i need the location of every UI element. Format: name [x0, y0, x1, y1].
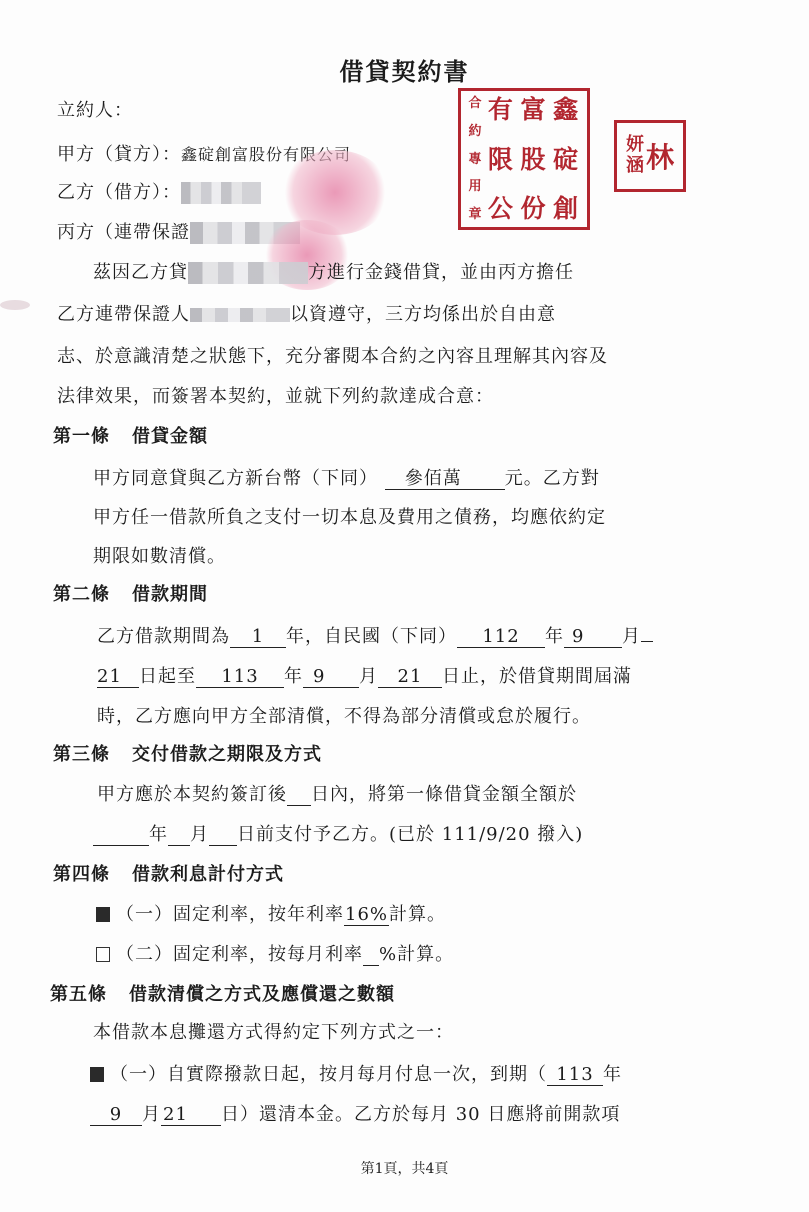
- seal-col-1: 鑫碇創: [550, 97, 581, 221]
- article-1-line-2: 甲方任一借款所負之支付一切本息及費用之債務，均應依約定: [93, 503, 606, 529]
- redacted-text: [188, 262, 308, 284]
- article-3-line-2: 年 月 日前支付予乙方。(已於 111/9/20 撥入): [93, 820, 583, 846]
- interest-option-2: （二）固定利率，按每月利率 %計算。: [96, 940, 454, 966]
- parties-label: 立約人：: [57, 96, 133, 122]
- seal-given-1: 妍: [626, 135, 644, 156]
- end-year: 113: [196, 667, 284, 688]
- article-1-heading: 第一條借貸金額: [53, 422, 208, 448]
- guarantor-line: 丙方（連帶保證: [57, 218, 300, 244]
- seal-given-2: 涵: [626, 156, 644, 177]
- maturity-year: 113: [547, 1065, 603, 1086]
- article-2-heading: 第二條借款期間: [53, 580, 208, 606]
- article-3-line-1: 甲方應於本契約簽訂後 日內，將第一條借貸金額全額於: [97, 780, 577, 806]
- seal-col-2: 富股份: [518, 97, 549, 221]
- article-3-heading: 第三條交付借款之期限及方式: [53, 740, 322, 766]
- start-day: 21: [97, 667, 139, 688]
- article-2-line-2: 21日起至113年9月21日止，於借貸期間屆滿: [97, 662, 632, 688]
- redacted-text: [190, 308, 290, 322]
- checkbox-checked[interactable]: [96, 907, 110, 922]
- checkbox-unchecked[interactable]: [96, 947, 110, 962]
- repayment-option-1-line-2: 9月21日）還清本金。乙方於每月 30 日應將前開款項: [90, 1100, 620, 1126]
- end-month: 9: [303, 667, 359, 688]
- intro-line-4: 法律效果，而簽署本契約，並就下列約款達成合意：: [57, 382, 494, 408]
- end-day: 21: [378, 667, 442, 688]
- checkbox-checked[interactable]: [90, 1067, 104, 1082]
- article-4-heading: 第四條借款利息計付方式: [53, 860, 284, 886]
- article-2-line-1: 乙方借款期間為1年，自民國（下同）112年9月: [97, 622, 653, 648]
- article-2-line-3: 時，乙方應向甲方全部清償，不得為部分清償或怠於履行。: [97, 702, 591, 728]
- seal-col-3: 有限公: [485, 97, 516, 221]
- redacted-borrower-name: [181, 182, 261, 204]
- scan-smudge: [0, 300, 30, 310]
- repayment-option-1-line-1: （一）自實際撥款日起，按月每月付息一次，到期（113年: [90, 1060, 622, 1086]
- guarantor-label: 丙方（連帶保證: [57, 222, 190, 243]
- personal-seal: 林 妍 涵: [614, 120, 686, 192]
- article-5-intro: 本借款本息攤還方式得約定下列方式之一：: [93, 1018, 454, 1044]
- article-1-line-1: 甲方同意貸與乙方新台幣（下同） 參佰萬元。乙方對: [93, 464, 600, 490]
- interest-option-1: （一）固定利率，按年利率16%計算。: [96, 900, 446, 926]
- company-seal: 鑫碇創 富股份 有限公 合約專用章: [458, 88, 590, 230]
- loan-amount: 參佰萬: [385, 469, 505, 490]
- contract-page: 借貸契約書 立約人： 甲方（貸方）：鑫碇創富股份有限公司 乙方（借方）： 丙方（…: [0, 0, 809, 1212]
- maturity-day: 21: [161, 1105, 221, 1126]
- borrower-line: 乙方（借方）：: [57, 178, 261, 204]
- start-year: 112: [457, 627, 545, 648]
- start-month: 9: [564, 627, 622, 648]
- annual-rate: 16%: [344, 905, 389, 926]
- borrower-label: 乙方（借方）：: [57, 182, 181, 203]
- maturity-month: 9: [90, 1105, 142, 1126]
- seal-surname: 林: [646, 136, 674, 176]
- term-years: 1: [230, 627, 286, 648]
- intro-line-1: 茲因乙方貸方進行金錢借貸，並由丙方擔任: [93, 258, 574, 284]
- intro-line-2: 乙方連帶保證人以資遵守，三方均係出於自由意: [57, 300, 556, 326]
- article-1-line-3: 期限如數清償。: [93, 542, 226, 568]
- article-5-heading: 第五條借款清償之方式及應償還之數額: [50, 980, 395, 1006]
- page-number: 第1頁，共4頁: [0, 1158, 809, 1178]
- document-title: 借貸契約書: [0, 52, 809, 87]
- lender-label: 甲方（貸方）：: [57, 144, 181, 165]
- intro-line-3: 志、於意識清楚之狀態下，充分審閱本合約之內容且理解其內容及: [57, 342, 608, 368]
- seal-side-text: 合約專用章: [467, 97, 483, 221]
